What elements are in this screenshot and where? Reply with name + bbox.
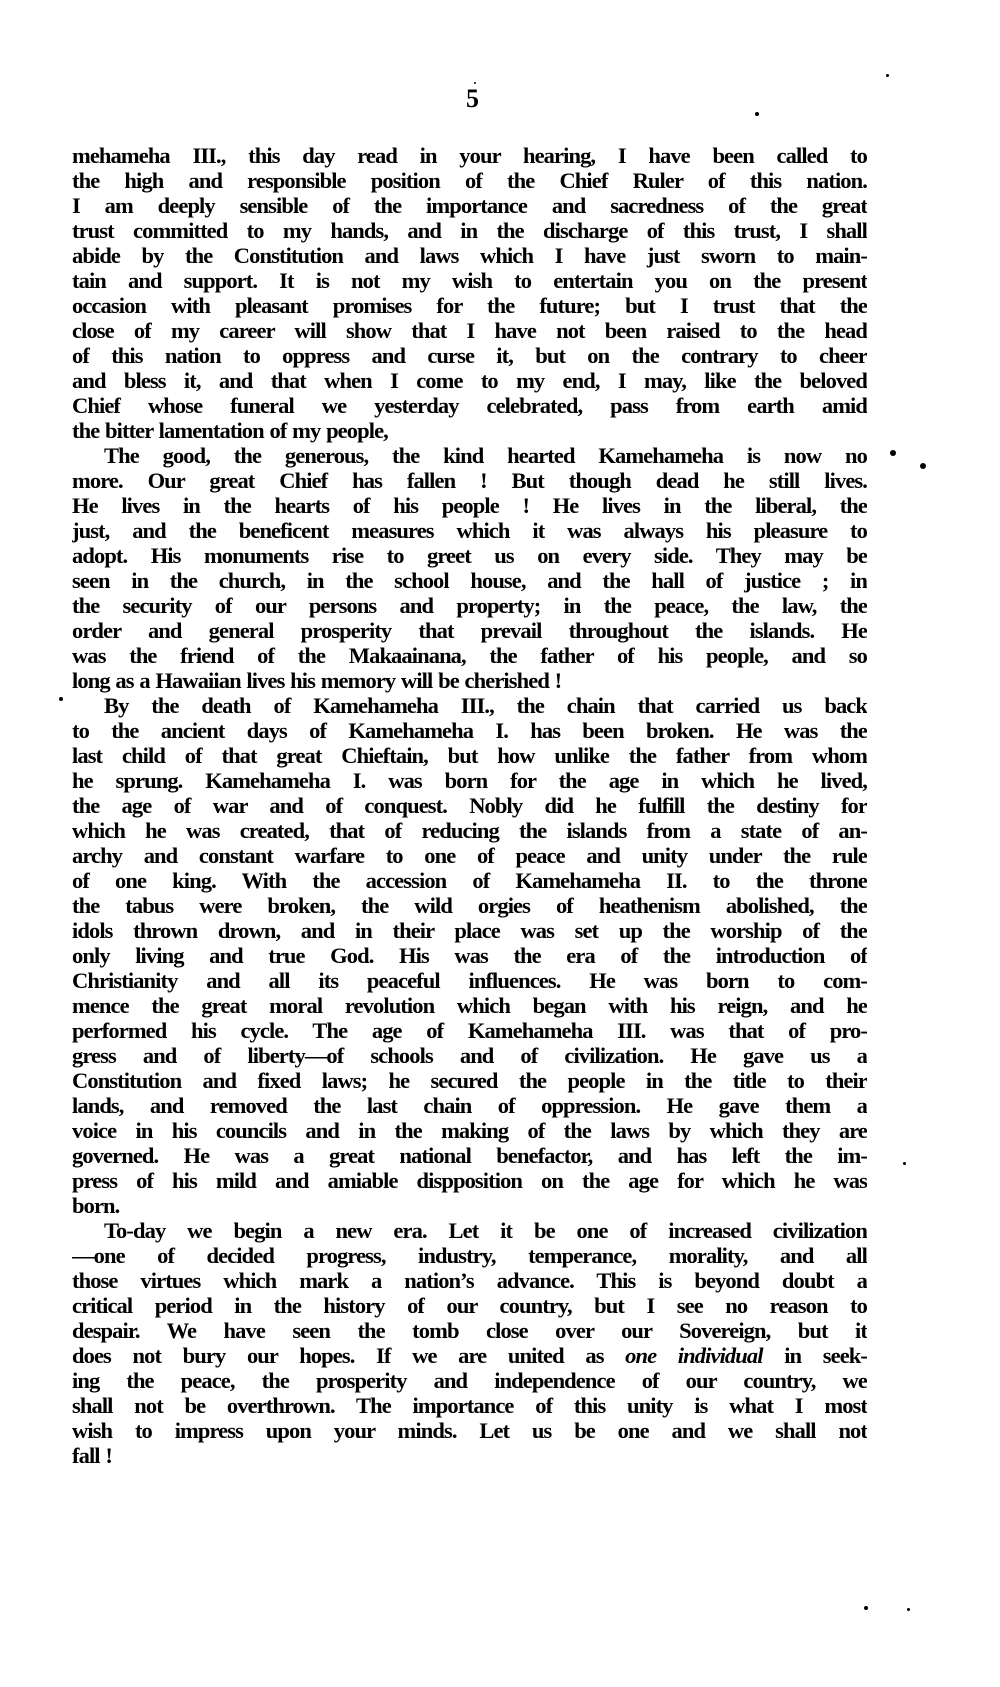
text-line: only living and true God. His was the er…: [72, 943, 867, 968]
text-line: shall not be overthrown. The importance …: [72, 1393, 867, 1418]
speckle-mark: [886, 74, 889, 77]
text-line: of this nation to oppress and curse it, …: [72, 343, 867, 368]
text-line: was the friend of the Makaainana, the fa…: [72, 643, 867, 668]
text-line: wish to impress upon your minds. Let us …: [72, 1418, 867, 1443]
speckle-mark: [755, 112, 759, 116]
text-line: To-day we begin a new era. Let it be one…: [72, 1218, 867, 1243]
text-line: just, and the beneficent measures which …: [72, 518, 867, 543]
text-line: the security of our persons and property…: [72, 593, 867, 618]
text-line: Constitution and fixed laws; he secured …: [72, 1068, 867, 1093]
text-line: more. Our great Chief has fallen ! But t…: [72, 468, 867, 493]
text-line: the high and responsible position of the…: [72, 168, 867, 193]
text-line: The good, the generous, the kind hearted…: [72, 443, 867, 468]
text-line: archy and constant warfare to one of pea…: [72, 843, 867, 868]
text-line: the bitter lamentation of my people,: [72, 418, 867, 443]
speckle-mark: [920, 463, 926, 469]
text-line: abide by the Constitution and laws which…: [72, 243, 867, 268]
text-line: He lives in the hearts of his people ! H…: [72, 493, 867, 518]
text-line: occasion with pleasant promises for the …: [72, 293, 867, 318]
text-line: he sprung. Kamehameha I. was born for th…: [72, 768, 867, 793]
text-line: order and general prosperity that prevai…: [72, 618, 867, 643]
text-line: which he was created, that of reducing t…: [72, 818, 867, 843]
text-line: ing the peace, the prosperity and indepe…: [72, 1368, 867, 1393]
text-line: mence the great moral revolution which b…: [72, 993, 867, 1018]
text-line: By the death of Kamehameha III., the cha…: [72, 693, 867, 718]
text-line: seen in the church, in the school house,…: [72, 568, 867, 593]
text-line: close of my career will show that I have…: [72, 318, 867, 343]
text-line: Chief whose funeral we yesterday celebra…: [72, 393, 867, 418]
text-line: gress and of liberty—of schools and of c…: [72, 1043, 867, 1068]
speckle-mark: [864, 1606, 868, 1610]
text-segment: in seek-: [763, 1343, 867, 1368]
speckle-mark: [890, 450, 896, 456]
text-line: long as a Hawaiian lives his memory will…: [72, 668, 867, 693]
text-line: to the ancient days of Kamehameha I. has…: [72, 718, 867, 743]
text-line: Christianity and all its peaceful influe…: [72, 968, 867, 993]
text-line-with-emphasis: does not bury our hopes. If we are unite…: [72, 1343, 867, 1368]
text-segment: does not bury our hopes. If we are unite…: [72, 1343, 625, 1368]
paragraph-2: The good, the generous, the kind hearted…: [72, 443, 867, 693]
text-line: the tabus were broken, the wild orgies o…: [72, 893, 867, 918]
text-line: and bless it, and that when I come to my…: [72, 368, 867, 393]
body-text: mehameha III., this day read in your hea…: [72, 143, 867, 1468]
text-line: press of his mild and amiable disppositi…: [72, 1168, 867, 1193]
text-line: performed his cycle. The age of Kamehame…: [72, 1018, 867, 1043]
paragraph-1: mehameha III., this day read in your hea…: [72, 143, 867, 443]
text-line: last child of that great Chieftain, but …: [72, 743, 867, 768]
text-line: voice in his councils and in the making …: [72, 1118, 867, 1143]
text-line: I am deeply sensible of the importance a…: [72, 193, 867, 218]
text-line: tain and support. It is not my wish to e…: [72, 268, 867, 293]
speckle-mark: [907, 1608, 910, 1611]
text-line: trust committed to my hands, and in the …: [72, 218, 867, 243]
speckle-mark: [903, 1162, 906, 1165]
paragraph-3: By the death of Kamehameha III., the cha…: [72, 693, 867, 1218]
text-line: adopt. His monuments rise to greet us on…: [72, 543, 867, 568]
text-line: born.: [72, 1193, 867, 1218]
text-line: despair. We have seen the tomb close ove…: [72, 1318, 867, 1343]
text-line: —one of decided progress, industry, temp…: [72, 1243, 867, 1268]
speckle-mark: [59, 697, 63, 701]
text-line: lands, and removed the last chain of opp…: [72, 1093, 867, 1118]
paragraph-4: To-day we begin a new era. Let it be one…: [72, 1218, 867, 1468]
speckle-mark: [474, 82, 476, 84]
text-line: mehameha III., this day read in your hea…: [72, 143, 867, 168]
text-line: those virtues which mark a nation’s adva…: [72, 1268, 867, 1293]
text-line: the age of war and of conquest. Nobly di…: [72, 793, 867, 818]
emphasis-one-individual: one individual: [625, 1343, 762, 1368]
text-line: idols thrown drown, and in their place w…: [72, 918, 867, 943]
text-line: fall !: [72, 1443, 867, 1468]
text-line: governed. He was a great national benefa…: [72, 1143, 867, 1168]
text-line: critical period in the history of our co…: [72, 1293, 867, 1318]
text-line: of one king. With the accession of Kameh…: [72, 868, 867, 893]
page-number: 5: [466, 86, 479, 112]
